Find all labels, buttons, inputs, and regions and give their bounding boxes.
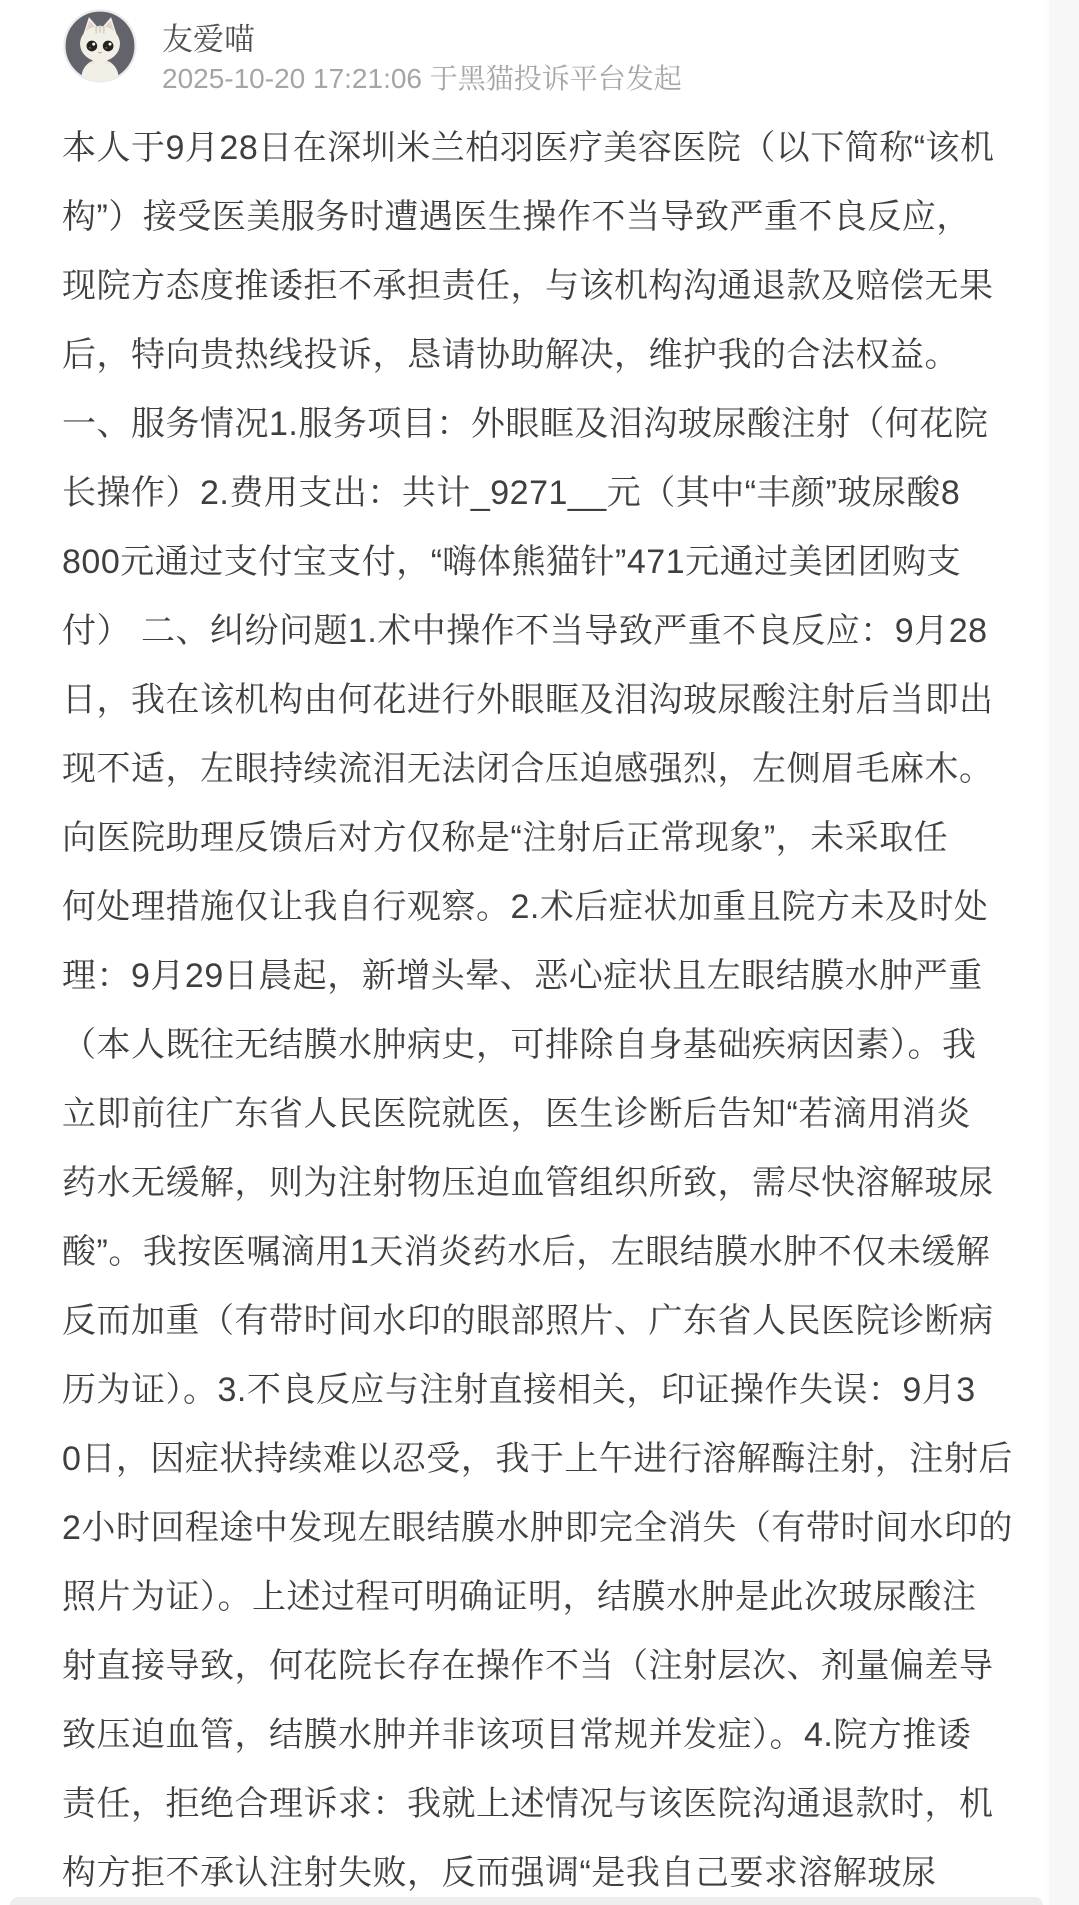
text-line: 后，特向贵热线投诉，恳请协助解决，维护我的合法权益。 <box>62 321 1045 390</box>
text-line: 800元通过支付宝支付，“嗨体熊猫针”471元通过美团团购支 <box>62 528 1045 597</box>
text-line: 何处理措施仅让我自行观察。2.术后症状加重且院方未及时处 <box>62 873 1045 942</box>
text-line: 日，我在该机构由何花进行外眼眶及泪沟玻尿酸注射后当即出 <box>62 666 1045 735</box>
text-line: 本人于9月28日在深圳米兰柏羽医疗美容医院（以下简称“该机 <box>62 114 1045 183</box>
text-line: 酸”。我按医嘱滴用1天消炎药水后，左眼结膜水肿不仅未缓解 <box>62 1218 1045 1287</box>
text-line: 构方拒不承认注射失败，反而强调“是我自己要求溶解玻尿 <box>62 1839 1045 1905</box>
text-line: 长操作）2.费用支出：共计_9271__元（其中“丰颜”玻尿酸8 <box>62 459 1045 528</box>
complaint-body-text: 本人于9月28日在深圳米兰柏羽医疗美容医院（以下简称“该机构”）接受医美服务时遭… <box>62 114 1045 1905</box>
text-line: 照片为证）。上述过程可明确证明，结膜水肿是此次玻尿酸注 <box>62 1563 1045 1632</box>
username[interactable]: 友爱喵 <box>162 14 255 59</box>
text-line: 责任，拒绝合理诉求：我就上述情况与该医院沟通退款时，机 <box>62 1770 1045 1839</box>
complaint-detail-page: { "header": { "username": "友爱喵", "timest… <box>0 0 1079 1905</box>
text-line: 现不适，左眼持续流泪无法闭合压迫感强烈，左侧眉毛麻木。 <box>62 735 1045 804</box>
text-line: 致压迫血管，结膜水肿并非该项目常规并发症）。4.院方推诿 <box>62 1701 1045 1770</box>
text-line: 射直接导致，何花院长存在操作不当（注射层次、剂量偏差导 <box>62 1632 1045 1701</box>
text-line: 一、服务情况1.服务项目：外眼眶及泪沟玻尿酸注射（何花院 <box>62 390 1045 459</box>
text-line: 2小时回程途中发现左眼结膜水肿即完全消失（有带时间水印的 <box>62 1494 1045 1563</box>
text-line: 理：9月29日晨起，新增头晕、恶心症状且左眼结膜水肿严重 <box>62 942 1045 1011</box>
text-line: （本人既往无结膜水肿病史，可排除自身基础疾病因素）。我 <box>62 1011 1045 1080</box>
text-line: 向医院助理反馈后对方仅称是“注射后正常现象”，未采取任 <box>62 804 1045 873</box>
text-line: 构”）接受医美服务时遭遇医生操作不当导致严重不良反应， <box>62 183 1045 252</box>
text-line: 历为证）。3.不良反应与注射直接相关，印证操作失误：9月3 <box>62 1356 1045 1425</box>
complaint-header: 友爱喵 2025-10-20 17:21:06 于黑猫投诉平台发起 <box>0 0 1045 100</box>
next-card-edge <box>10 1897 1043 1905</box>
text-line: 立即前往广东省人民医院就医，医生诊断后告知“若滴用消炎 <box>62 1080 1045 1149</box>
post-timestamp: 2025-10-20 17:21:06 于黑猫投诉平台发起 <box>162 57 682 97</box>
text-line: 反而加重（有带时间水印的眼部照片、广东省人民医院诊断病 <box>62 1287 1045 1356</box>
user-avatar[interactable] <box>63 9 137 83</box>
scrollbar-track[interactable] <box>1045 0 1079 1905</box>
text-line: 现院方态度推诿拒不承担责任，与该机构沟通退款及赔偿无果 <box>62 252 1045 321</box>
cat-avatar-icon <box>63 9 137 83</box>
text-line: 付） 二、纠纷问题1.术中操作不当导致严重不良反应：9月28 <box>62 597 1045 666</box>
text-line: 0日，因症状持续难以忍受，我于上午进行溶解酶注射，注射后 <box>62 1425 1045 1494</box>
text-line: 药水无缓解，则为注射物压迫血管组织所致，需尽快溶解玻尿 <box>62 1149 1045 1218</box>
